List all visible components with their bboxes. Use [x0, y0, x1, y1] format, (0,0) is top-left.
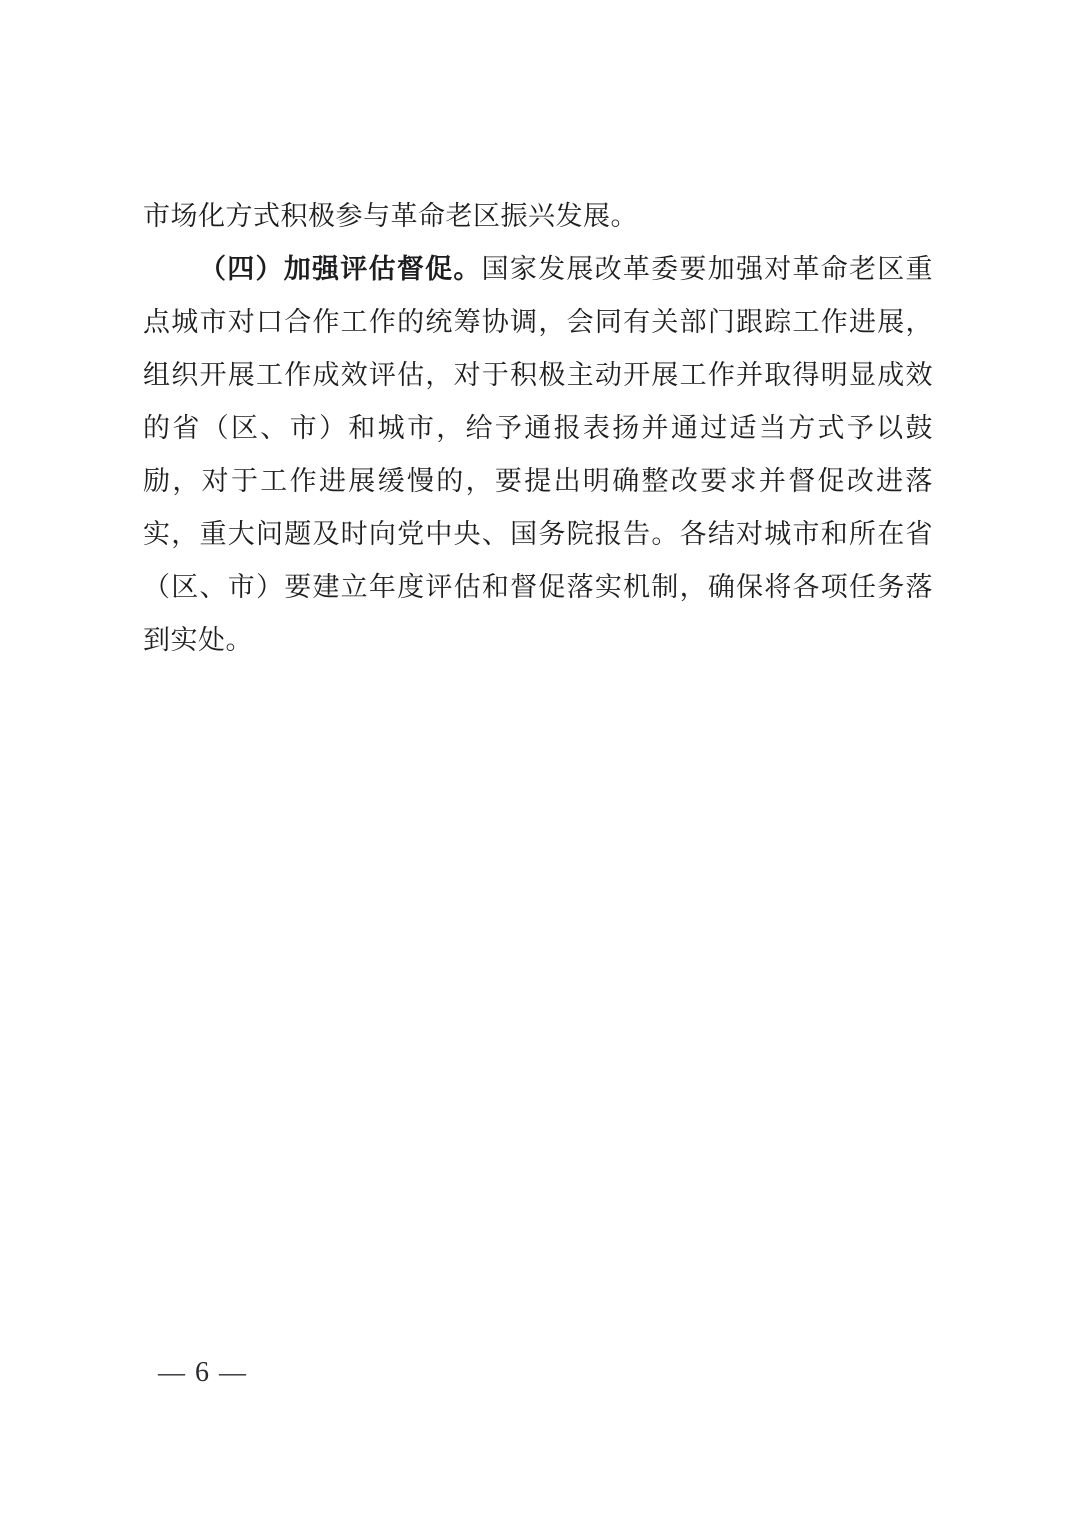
page-number: 6: [195, 1353, 209, 1393]
paragraph-2-line-4: 的省（区、市）和城市，给予通报表扬并通过适当方式予以鼓: [143, 402, 933, 455]
paragraph-2-line-2: 点城市对口合作工作的统筹协调，会同有关部门跟踪工作进展，: [143, 296, 933, 349]
paragraph-2-line-5: 励，对于工作进展缓慢的，要提出明确整改要求并督促改进落: [143, 455, 933, 508]
document-body: 市场化方式积极参与革命老区振兴发展。 （四）加强评估督促。国家发展改革委要加强对…: [143, 190, 933, 667]
paragraph-2-last-line: 到实处。: [143, 614, 933, 667]
page-number-footer: —6—: [158, 1352, 246, 1392]
section-4-heading: （四）加强评估督促。: [199, 254, 482, 284]
page-number-right-dash: —: [219, 1357, 246, 1387]
paragraph-2-line-3: 组织开展工作成效评估，对于积极主动开展工作并取得明显成效: [143, 349, 933, 402]
paragraph-1-last-line: 市场化方式积极参与革命老区振兴发展。: [143, 190, 933, 243]
document-page: 市场化方式积极参与革命老区振兴发展。 （四）加强评估督促。国家发展改革委要加强对…: [0, 0, 1080, 1527]
paragraph-2-line-7: （区、市）要建立年度评估和督促落实机制，确保将各项任务落: [143, 561, 933, 614]
paragraph-2-line-1: （四）加强评估督促。国家发展改革委要加强对革命老区重: [143, 243, 933, 296]
paragraph-2-line-6: 实，重大问题及时向党中央、国务院报告。各结对城市和所在省: [143, 508, 933, 561]
paragraph-2-line-1-text: 国家发展改革委要加强对革命老区重: [482, 254, 933, 284]
page-number-left-dash: —: [158, 1357, 185, 1387]
